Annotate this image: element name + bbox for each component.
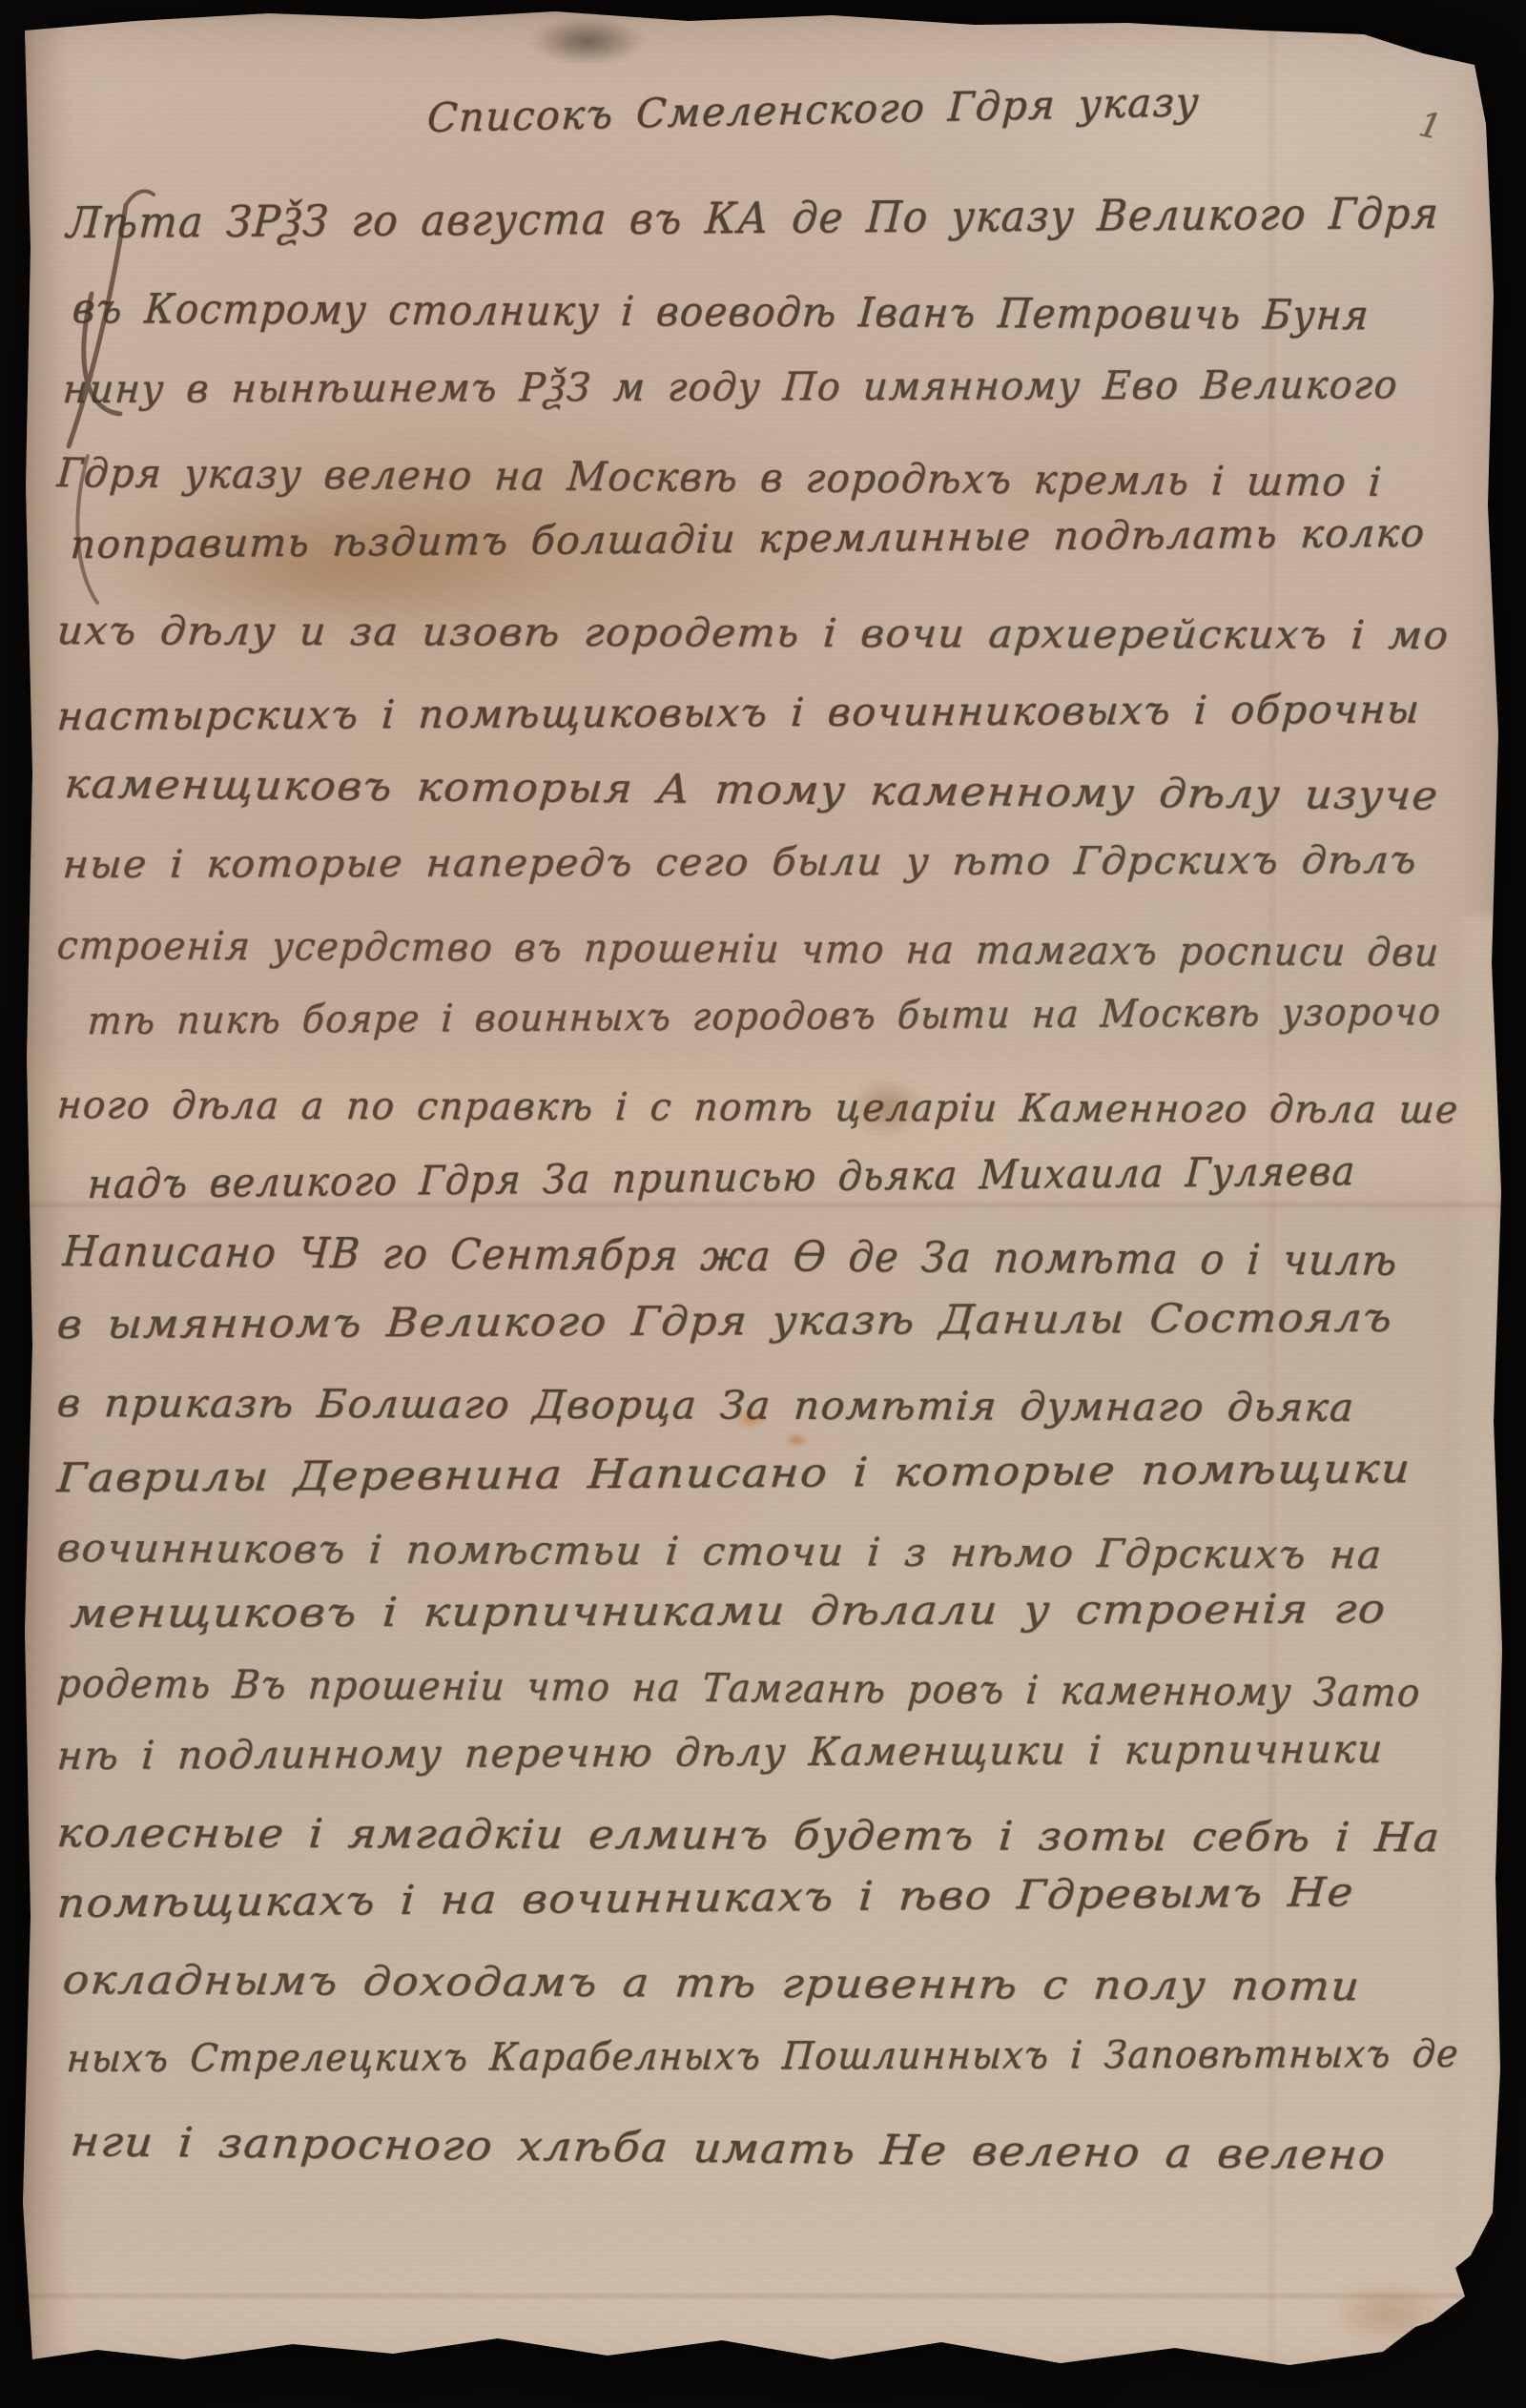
vertical-fold-crease xyxy=(1270,10,1273,2390)
manuscript-page xyxy=(21,10,1507,2390)
wax-speck xyxy=(734,1410,767,1429)
corner-stain xyxy=(1328,2279,1452,2346)
light-patch-bottom xyxy=(21,2184,1507,2390)
wax-speck xyxy=(784,1432,809,1448)
ink-stain-spot xyxy=(849,1078,925,1139)
horizontal-fold-crease xyxy=(21,1204,1507,1206)
manuscript-photo: Списокъ Смеленского Гдря указуЛѣта ЗРѮЗ … xyxy=(0,0,1526,2408)
left-edge-shading xyxy=(21,10,67,2390)
water-stain-band xyxy=(11,420,927,668)
water-stain-core xyxy=(116,505,555,629)
light-crease-band xyxy=(21,1039,1507,1211)
water-stain-right xyxy=(860,410,1356,572)
horizontal-fold-crease xyxy=(21,2295,1507,2297)
edge-repair-strip xyxy=(1452,916,1503,2356)
light-patch-top-right xyxy=(956,0,1507,315)
paper-grain-texture xyxy=(21,10,1507,2390)
top-ink-blot xyxy=(530,17,645,65)
